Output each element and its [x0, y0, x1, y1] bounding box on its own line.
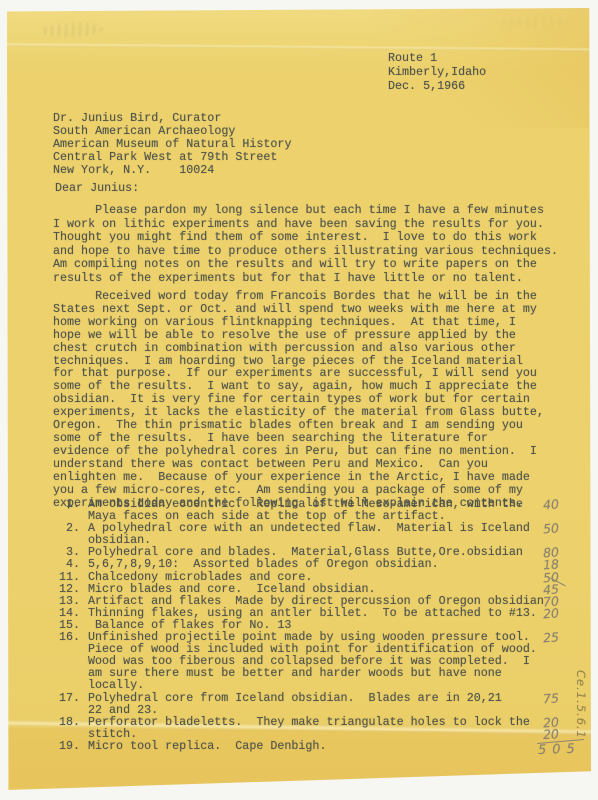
- list-item-text: Micro blades and core. Iceland obsidian.: [88, 583, 543, 595]
- salutation: Dear Junius:: [55, 182, 139, 195]
- paragraph-1: Please pardon my long silence but each t…: [53, 204, 558, 286]
- list-item: 12.Micro blades and core. Iceland obsidi…: [53, 583, 583, 595]
- list-item-text: Unfinished projectile point made by usin…: [88, 631, 543, 691]
- list-item: 17.Polyhedral core from Iceland obsidian…: [53, 692, 583, 716]
- handwritten-value: 18: [543, 558, 583, 570]
- list-item-number: 2.: [53, 522, 80, 534]
- handwritten-value: 50: [543, 571, 583, 583]
- catalog-number: Ce.1.5.6.1: [574, 670, 588, 756]
- list-item: 2.A polyhedral core with an undetected f…: [53, 522, 583, 546]
- handwritten-value: 40: [543, 498, 583, 510]
- handwritten-value: 50: [543, 522, 583, 534]
- erased-pencil-smudge: [42, 22, 102, 38]
- list-item-number: 1.: [53, 498, 80, 510]
- total-value: 505: [538, 743, 597, 757]
- list-item: 19.Micro tool replica. Cape Denbigh.: [53, 740, 583, 752]
- pencil-number: 50: [543, 521, 584, 536]
- list-item-text: Chalcedony microblades and core.: [88, 571, 543, 583]
- scanned-letter-page: { "document": { "kind": "typewritten let…: [0, 0, 598, 800]
- list-item-number: 17.: [53, 692, 80, 704]
- list-item-number: 19.: [53, 740, 80, 752]
- specimen-list: 1.An obsidian eccentric. Replica of the …: [53, 498, 583, 752]
- pencil-number: 40: [543, 497, 584, 512]
- list-item-text: Perforator bladeletts. They make triangu…: [88, 716, 543, 740]
- recipient-address: Dr. Junius Bird, Curator South American …: [53, 112, 291, 177]
- handwritten-value: 20: [543, 607, 583, 619]
- list-item-number: 18.: [53, 716, 80, 728]
- list-item-text: Polyhedral core from Iceland obsidian. B…: [88, 692, 543, 716]
- handwritten-total: 505: [537, 741, 597, 756]
- list-item-text: 5,6,7,8,9,10: Assorted blades of Oregon …: [88, 558, 543, 570]
- list-item: 4.5,6,7,8,9,10: Assorted blades of Orego…: [53, 558, 583, 570]
- list-item: 1.An obsidian eccentric. Replica of the …: [53, 498, 583, 522]
- faint-pencil-smudge: [499, 17, 571, 27]
- list-item-text: Micro tool replica. Cape Denbigh.: [88, 740, 543, 752]
- list-item-number: 16.: [53, 631, 80, 643]
- pencil-number: 25: [543, 630, 584, 645]
- list-item: 16.Unfinished projectile point made by u…: [53, 631, 583, 691]
- list-item-text: An obsidian eccentric. Replica of the Me…: [88, 498, 543, 522]
- list-item-number: 11.: [53, 571, 80, 583]
- list-item: 11.Chalcedony microblades and core.50: [53, 571, 583, 583]
- list-item: 18.Perforator bladeletts. They make tria…: [53, 716, 583, 740]
- paper-crease-top: [3, 43, 598, 51]
- list-item-number: 4.: [53, 558, 80, 570]
- list-item-number: 12.: [53, 583, 80, 595]
- pencil-number: 20: [543, 605, 584, 620]
- list-item-text: A polyhedral core with an undetected fla…: [88, 522, 543, 546]
- paragraph-2: Received word today from Francois Bordes…: [53, 290, 544, 509]
- return-address: Route 1 Kimberly,Idaho Dec. 5,1966: [388, 51, 486, 93]
- letter-paper: Route 1 Kimberly,Idaho Dec. 5,1966 Dr. J…: [7, 8, 591, 790]
- handwritten-value: 25: [543, 631, 583, 643]
